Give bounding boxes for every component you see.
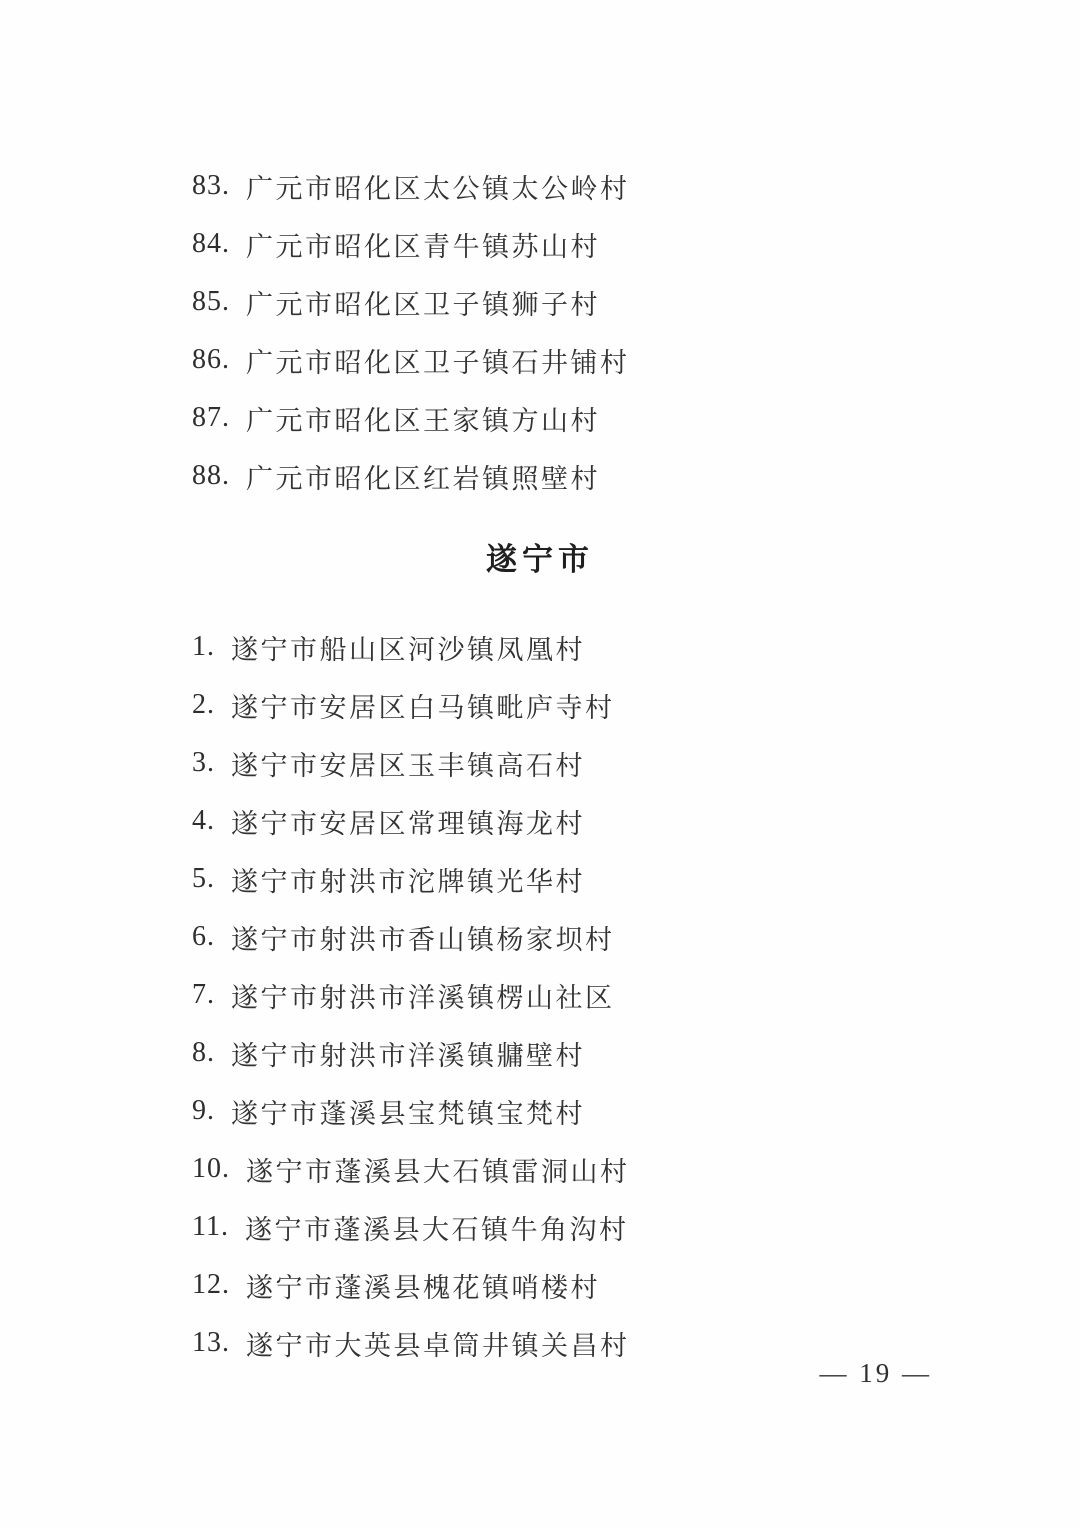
item-number: 85.: [192, 286, 230, 318]
item-number: 7.: [192, 979, 215, 1011]
item-text: 遂宁市射洪市沱牌镇光华村: [231, 860, 585, 899]
item-number: 88.: [192, 460, 230, 492]
item-text: 遂宁市蓬溪县大石镇牛角沟村: [245, 1208, 629, 1247]
item-number: 6.: [192, 921, 215, 953]
section-heading-suining: 遂宁市: [0, 539, 1080, 581]
list-item: 83. 广元市昭化区太公镇太公岭村: [0, 157, 1080, 215]
item-text: 遂宁市安居区玉丰镇高石村: [231, 744, 585, 783]
item-text: 遂宁市蓬溪县大石镇雷洞山村: [246, 1150, 630, 1189]
list-item: 7. 遂宁市射洪市洋溪镇楞山社区: [0, 966, 1080, 1024]
list-item: 86. 广元市昭化区卫子镇石井铺村: [0, 331, 1080, 389]
item-text: 遂宁市蓬溪县槐花镇哨楼村: [246, 1266, 600, 1305]
page-number: — 19 —: [820, 1358, 933, 1389]
list-item: 87. 广元市昭化区王家镇方山村: [0, 389, 1080, 447]
item-text: 广元市昭化区卫子镇狮子村: [246, 283, 600, 322]
item-number: 4.: [192, 805, 215, 837]
list-item: 9. 遂宁市蓬溪县宝梵镇宝梵村: [0, 1082, 1080, 1140]
item-number: 10.: [192, 1153, 230, 1185]
item-number: 11.: [192, 1211, 229, 1243]
item-text: 广元市昭化区红岩镇照壁村: [246, 457, 600, 496]
item-number: 5.: [192, 863, 215, 895]
item-number: 86.: [192, 344, 230, 376]
list-item: 88. 广元市昭化区红岩镇照壁村: [0, 447, 1080, 505]
item-number: 8.: [192, 1037, 215, 1069]
item-number: 84.: [192, 228, 230, 260]
list-item: 12. 遂宁市蓬溪县槐花镇哨楼村: [0, 1256, 1080, 1314]
item-number: 13.: [192, 1327, 230, 1359]
list-item: 3. 遂宁市安居区玉丰镇高石村: [0, 734, 1080, 792]
item-number: 83.: [192, 170, 230, 202]
list-item: 5. 遂宁市射洪市沱牌镇光华村: [0, 850, 1080, 908]
item-text: 遂宁市船山区河沙镇凤凰村: [231, 628, 585, 667]
item-text: 广元市昭化区王家镇方山村: [246, 399, 600, 438]
list-item: 11. 遂宁市蓬溪县大石镇牛角沟村: [0, 1198, 1080, 1256]
item-text: 遂宁市射洪市香山镇杨家坝村: [231, 918, 615, 957]
document-page: 83. 广元市昭化区太公镇太公岭村 84. 广元市昭化区青牛镇苏山村 85. 广…: [0, 0, 1080, 1527]
item-number: 9.: [192, 1095, 215, 1127]
list-item: 85. 广元市昭化区卫子镇狮子村: [0, 273, 1080, 331]
item-number: 12.: [192, 1269, 230, 1301]
section-suining-list: 1. 遂宁市船山区河沙镇凤凰村 2. 遂宁市安居区白马镇毗庐寺村 3. 遂宁市安…: [0, 581, 1080, 1372]
item-text: 遂宁市蓬溪县宝梵镇宝梵村: [231, 1092, 585, 1131]
list-item: 2. 遂宁市安居区白马镇毗庐寺村: [0, 676, 1080, 734]
list-item: 84. 广元市昭化区青牛镇苏山村: [0, 215, 1080, 273]
item-text: 遂宁市安居区白马镇毗庐寺村: [231, 686, 615, 725]
item-text: 广元市昭化区太公镇太公岭村: [246, 167, 630, 206]
section-guangyuan-list: 83. 广元市昭化区太公镇太公岭村 84. 广元市昭化区青牛镇苏山村 85. 广…: [0, 0, 1080, 505]
item-text: 遂宁市射洪市洋溪镇楞山社区: [231, 976, 615, 1015]
item-text: 遂宁市射洪市洋溪镇牅壁村: [231, 1034, 585, 1073]
list-item: 4. 遂宁市安居区常理镇海龙村: [0, 792, 1080, 850]
item-number: 3.: [192, 747, 215, 779]
list-item: 10. 遂宁市蓬溪县大石镇雷洞山村: [0, 1140, 1080, 1198]
item-text: 广元市昭化区卫子镇石井铺村: [246, 341, 630, 380]
list-item: 8. 遂宁市射洪市洋溪镇牅壁村: [0, 1024, 1080, 1082]
item-number: 1.: [192, 631, 215, 663]
list-item: 1. 遂宁市船山区河沙镇凤凰村: [0, 618, 1080, 676]
list-item: 6. 遂宁市射洪市香山镇杨家坝村: [0, 908, 1080, 966]
item-text: 遂宁市大英县卓筒井镇关昌村: [246, 1324, 630, 1363]
item-text: 广元市昭化区青牛镇苏山村: [246, 225, 600, 264]
item-number: 87.: [192, 402, 230, 434]
item-text: 遂宁市安居区常理镇海龙村: [231, 802, 585, 841]
item-number: 2.: [192, 689, 215, 721]
